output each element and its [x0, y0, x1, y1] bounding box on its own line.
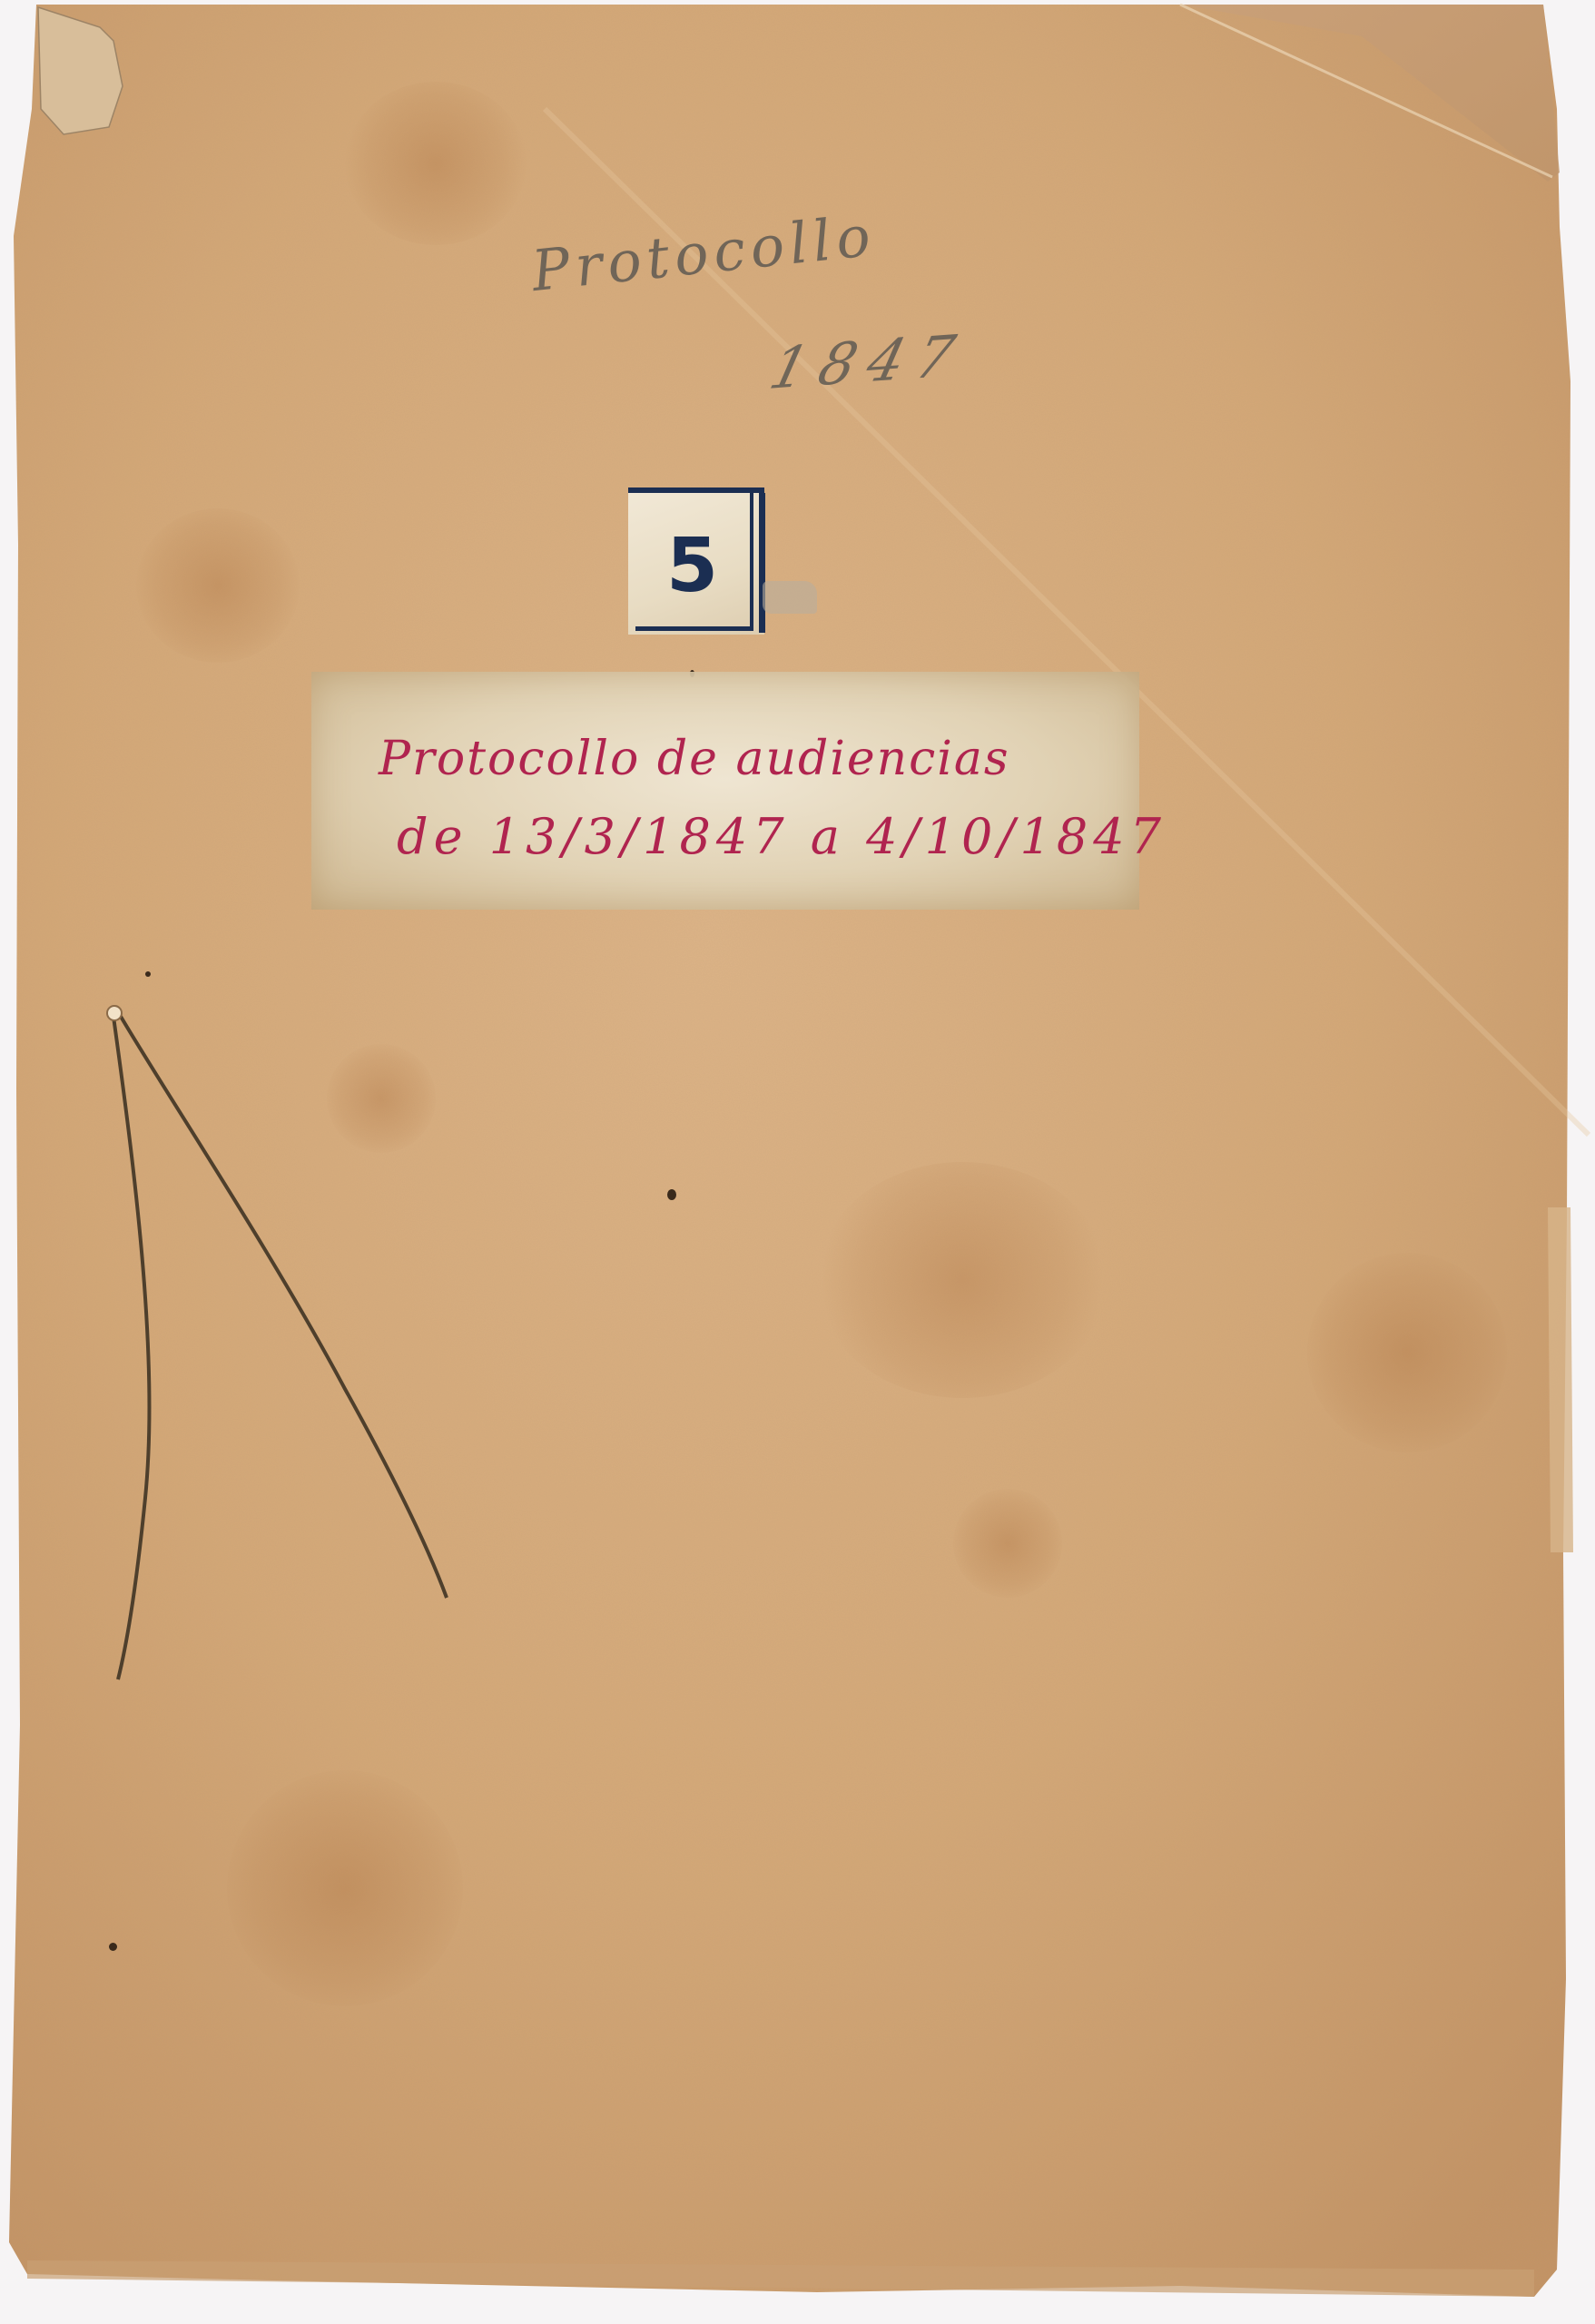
stain [327, 1044, 436, 1153]
tag-rule [750, 493, 753, 629]
number-tag: 5 [628, 487, 764, 635]
stain [1307, 1253, 1507, 1452]
stain [227, 1770, 463, 2006]
tag-rule [635, 626, 753, 631]
stain [136, 508, 300, 663]
ink-speck [667, 1189, 676, 1200]
ink-speck [109, 1943, 117, 1951]
ink-speck [145, 971, 151, 977]
tag-rule [759, 493, 765, 633]
stain [953, 1489, 1062, 1598]
binding-hole [107, 1006, 122, 1020]
stain [817, 1162, 1108, 1398]
pencil-annotation-year: 1847 [763, 321, 974, 402]
title-label: Protocollo de audiencias de 13/3/1847 a … [311, 672, 1139, 910]
torn-tag-remnant [763, 581, 817, 614]
volume-number: 5 [666, 529, 718, 604]
label-title: Protocollo de audiencias [379, 732, 1010, 786]
label-date-range: de 13/3/1847 a 4/10/1847 [397, 808, 1167, 865]
pencil-annotation: Protocollo 1847 [536, 238, 1044, 401]
stain [345, 82, 527, 245]
scanned-document: Protocollo 1847 5 Protocollo de audienci… [0, 0, 1595, 2324]
right-edge-strip [1548, 1207, 1573, 1552]
